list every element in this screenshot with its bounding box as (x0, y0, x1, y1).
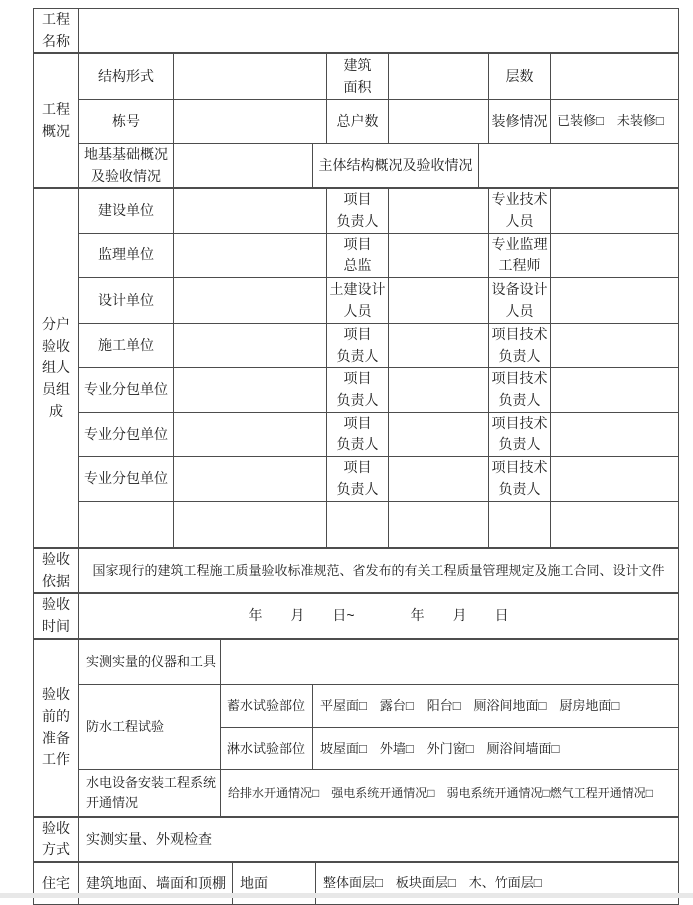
time-label: 验收 时间 (34, 593, 79, 638)
building-area-label: 建筑 面积 (327, 53, 389, 99)
prep-row-tools: 验收 前的 准备 工作 实测实量的仪器和工具 (34, 639, 679, 685)
group-row: 监理单位 项目 总监 专业监理 工程师 (34, 233, 679, 277)
role1-input[interactable] (389, 501, 489, 548)
overview-row-structure: 工程 概况 结构形式 建筑 面积 层数 (34, 53, 679, 99)
group-row: 设计单位 土建设计 人员 设备设计 人员 (34, 278, 679, 324)
unit-input[interactable] (174, 188, 327, 233)
role1-input[interactable] (389, 457, 489, 501)
prep-row-ponding: 防水工程试验 蓄水试验部位 平屋面□ 露台□ 阳台□ 厕浴间地面□ 厨房地面□ (34, 685, 679, 728)
structure-type-label: 结构形式 (79, 53, 174, 99)
group-row: 施工单位 项目 负责人 项目技术 负责人 (34, 324, 679, 368)
unit-label: 专业分包单位 (79, 412, 174, 456)
structure-type-input[interactable] (174, 53, 327, 99)
foundation-label: 地基基础概况 及验收情况 (79, 143, 174, 188)
unit-input[interactable] (174, 368, 327, 412)
basis-row: 验收 依据 国家现行的建筑工程施工质量验收标准规范、省发布的有关工程质量管理规定… (34, 548, 679, 593)
role1-label: 项目 负责人 (327, 412, 389, 456)
role2-label: 项目技术 负责人 (489, 324, 551, 368)
basis-label: 验收 依据 (34, 548, 79, 593)
unit-label: 专业分包单位 (79, 457, 174, 501)
time-content[interactable]: 年 月 日~ 年 月 日 (79, 593, 679, 638)
role1-input[interactable] (389, 233, 489, 277)
project-name-input[interactable] (79, 9, 679, 54)
unit-label: 监理单位 (79, 233, 174, 277)
mep-label: 水电设备安装工程系统 开通情况 (79, 770, 221, 817)
unit-input[interactable] (174, 501, 327, 548)
unit-input[interactable] (174, 324, 327, 368)
role2-input[interactable] (551, 278, 679, 324)
page-bottom-strip (0, 893, 693, 898)
role2-input[interactable] (551, 233, 679, 277)
unit-input[interactable] (174, 278, 327, 324)
decoration-options[interactable]: 已装修□ 未装修□ (551, 99, 679, 143)
main-structure-input[interactable] (479, 143, 679, 188)
role1-label: 项目 负责人 (327, 188, 389, 233)
role1-label: 项目 负责人 (327, 368, 389, 412)
role2-input[interactable] (551, 501, 679, 548)
unit-input[interactable] (174, 457, 327, 501)
building-area-input[interactable] (389, 53, 489, 99)
group-row-empty (34, 501, 679, 548)
waterproof-label: 防水工程试验 (79, 685, 221, 770)
role2-input[interactable] (551, 188, 679, 233)
tools-label: 实测实量的仪器和工具 (79, 639, 221, 685)
method-label: 验收 方式 (34, 817, 79, 862)
role1-label: 项目 总监 (327, 233, 389, 277)
ponding-label: 蓄水试验部位 (221, 685, 313, 728)
method-row: 验收 方式 实测实量、外观检查 (34, 817, 679, 862)
project-name-row: 工程 名称 (34, 9, 679, 54)
role2-input[interactable] (551, 368, 679, 412)
prep-row-mep: 水电设备安装工程系统 开通情况 给排水开通情况□ 强电系统开通情况□ 弱电系统开… (34, 770, 679, 817)
role2-input[interactable] (551, 457, 679, 501)
building-no-label: 栋号 (79, 99, 174, 143)
floors-input[interactable] (551, 53, 679, 99)
group-row: 分户 验收 组人 员组 成 建设单位 项目 负责人 专业技术 人员 (34, 188, 679, 233)
spray-label: 淋水试验部位 (221, 728, 313, 770)
method-content: 实测实量、外观检查 (79, 817, 679, 862)
role2-label: 项目技术 负责人 (489, 412, 551, 456)
ponding-options[interactable]: 平屋面□ 露台□ 阳台□ 厕浴间地面□ 厨房地面□ (313, 685, 679, 728)
unit-input[interactable] (174, 412, 327, 456)
overview-label: 工程 概况 (34, 53, 79, 188)
total-households-input[interactable] (389, 99, 489, 143)
role2-label: 项目技术 负责人 (489, 457, 551, 501)
group-row: 专业分包单位 项目 负责人 项目技术 负责人 (34, 412, 679, 456)
role2-input[interactable] (551, 412, 679, 456)
role1-input[interactable] (389, 368, 489, 412)
overview-row-building: 栋号 总户数 装修情况 已装修□ 未装修□ (34, 99, 679, 143)
acceptance-form-table: 工程 名称 工程 概况 结构形式 建筑 面积 层数 栋号 总户数 装修情况 已装… (33, 8, 679, 905)
foundation-input[interactable] (174, 143, 313, 188)
group-row: 专业分包单位 项目 负责人 项目技术 负责人 (34, 457, 679, 501)
decoration-status-label: 装修情况 (489, 99, 551, 143)
role2-label: 设备设计 人员 (489, 278, 551, 324)
unit-label: 建设单位 (79, 188, 174, 233)
role1-label: 项目 负责人 (327, 457, 389, 501)
unit-input[interactable] (174, 233, 327, 277)
project-name-label: 工程 名称 (34, 9, 79, 54)
role2-label: 项目技术 负责人 (489, 368, 551, 412)
main-structure-label: 主体结构概况及验收情况 (313, 143, 479, 188)
role2-label: 专业技术 人员 (489, 188, 551, 233)
role2-input[interactable] (551, 324, 679, 368)
role1-label: 土建设计 人员 (327, 278, 389, 324)
overview-row-foundation: 地基基础概况 及验收情况 主体结构概况及验收情况 (34, 143, 679, 188)
unit-label: 专业分包单位 (79, 368, 174, 412)
tools-input[interactable] (221, 639, 679, 685)
role2-label[interactable] (489, 501, 551, 548)
unit-label: 施工单位 (79, 324, 174, 368)
time-row: 验收 时间 年 月 日~ 年 月 日 (34, 593, 679, 638)
spray-options[interactable]: 坡屋面□ 外墙□ 外门窗□ 厕浴间墙面□ (313, 728, 679, 770)
unit-label[interactable] (79, 501, 174, 548)
prep-label: 验收 前的 准备 工作 (34, 639, 79, 817)
floors-label: 层数 (489, 53, 551, 99)
basis-content: 国家现行的建筑工程施工质量验收标准规范、省发布的有关工程质量管理规定及施工合同、… (79, 548, 679, 593)
role1-label: 项目 负责人 (327, 324, 389, 368)
total-households-label: 总户数 (327, 99, 389, 143)
role1-input[interactable] (389, 324, 489, 368)
role2-label: 专业监理 工程师 (489, 233, 551, 277)
group-label: 分户 验收 组人 员组 成 (34, 188, 79, 548)
role1-input[interactable] (389, 188, 489, 233)
group-row: 专业分包单位 项目 负责人 项目技术 负责人 (34, 368, 679, 412)
building-no-input[interactable] (174, 99, 327, 143)
role1-label[interactable] (327, 501, 389, 548)
mep-options[interactable]: 给排水开通情况□ 强电系统开通情况□ 弱电系统开通情况□燃气工程开通情况□ (221, 770, 679, 817)
role1-input[interactable] (389, 412, 489, 456)
unit-label: 设计单位 (79, 278, 174, 324)
role1-input[interactable] (389, 278, 489, 324)
